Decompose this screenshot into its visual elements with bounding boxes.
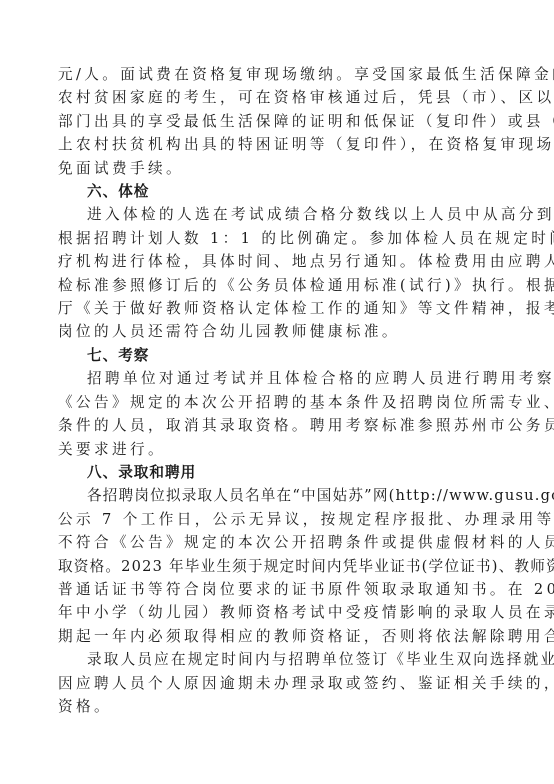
text-line: 取资格。2023 年毕业生须于规定时间内凭毕业证书(学位证书)、教师资格证、 [58, 555, 494, 578]
text-line: 根据招聘计划人数 1：1 的比例确定。参加体检人员在规定时间内到指定的医 [58, 227, 494, 250]
section-heading-inspection: 七、考察 [58, 344, 494, 367]
text-line-with-link: 各招聘岗位拟录取人员名单在“中国姑苏”网(http://www.gusu.gov… [58, 484, 494, 507]
text-line: 招聘单位对通过考试并且体检合格的应聘人员进行聘用考察。对不符合 [58, 367, 494, 390]
paragraph-inspection: 招聘单位对通过考试并且体检合格的应聘人员进行聘用考察。对不符合 《公告》规定的本… [58, 367, 494, 461]
text-line: 不符合《公告》规定的本次公开招聘条件或提供虚假材料的人员，取消其录 [58, 531, 494, 554]
text-line: 年中小学（幼儿园）教师资格考试中受疫情影响的录取人员在录用后自试用 [58, 601, 494, 624]
text-line: 进入体检的人选在考试成绩合格分数线以上人员中从高分到低分的顺序 [58, 203, 494, 226]
text-line: 期起一年内必须取得相应的教师资格证，否则将依法解除聘用合同。 [58, 625, 494, 648]
text-line: 公示 7 个工作日，公示无异议，按规定程序报批、办理录用等相关手续。对 [58, 508, 494, 531]
paragraph-interview-fee: 元/人。面试费在资格复审现场缴纳。享受国家最低生活保障金的城镇家庭和 农村贫困家… [58, 63, 494, 180]
text-line: 《公告》规定的本次公开招聘的基本条件及招聘岗位所需专业、技能等资格 [58, 391, 494, 414]
text-line: 厅《关于做好教师资格认定体检工作的通知》等文件精神，报考幼儿园教师 [58, 297, 494, 320]
text-line: 检标准参照修订后的《公务员体检通用标准(试行)》执行。根据江苏省教育 [58, 274, 494, 297]
text-line: 条件的人员，取消其录取资格。聘用考察标准参照苏州市公务员招录考察相 [58, 414, 494, 437]
text-line: 关要求进行。 [58, 438, 494, 461]
paragraph-physical-exam: 进入体检的人选在考试成绩合格分数线以上人员中从高分到低分的顺序 根据招聘计划人数… [58, 203, 494, 343]
document-page: 元/人。面试费在资格复审现场缴纳。享受国家最低生活保障金的城镇家庭和 农村贫困家… [0, 0, 554, 784]
text-line: 元/人。面试费在资格复审现场缴纳。享受国家最低生活保障金的城镇家庭和 [58, 63, 494, 86]
text-line: 岗位的人员还需符合幼儿园教师健康标准。 [58, 320, 494, 343]
section-heading-admission: 八、录取和聘用 [58, 461, 494, 484]
section-heading-physical-exam: 六、体检 [58, 180, 494, 203]
text-line: 上农村扶贫机构出具的特困证明等（复印件），在资格复审现场直接办理减 [58, 133, 494, 156]
text-line: 普通话证书等符合岗位要求的证书原件领取录取通知书。在 2021 年及 2022 [58, 578, 494, 601]
text-line: 因应聘人员个人原因逾期未办理录取或签约、鉴证相关手续的，取消其录取 [58, 672, 494, 695]
text-line: 录取人员应在规定时间内与招聘单位签订《毕业生双向选择就业协议书》。 [58, 648, 494, 671]
paragraph-admission: 各招聘岗位拟录取人员名单在“中国姑苏”网(http://www.gusu.gov… [58, 484, 494, 648]
text-line: 资格。 [58, 695, 494, 718]
text-line: 部门出具的享受最低生活保障的证明和低保证（复印件）或县（市）、区以 [58, 110, 494, 133]
text-line: 疗机构进行体检，具体时间、地点另行通知。体检费用由应聘人员自理。体 [58, 250, 494, 273]
paragraph-agreement: 录取人员应在规定时间内与招聘单位签订《毕业生双向选择就业协议书》。 因应聘人员个… [58, 648, 494, 718]
text-line: 农村贫困家庭的考生，可在资格审核通过后，凭县（市）、区以上政府民政 [58, 86, 494, 109]
text-line: 免面试费手续。 [58, 157, 494, 180]
document-body: 元/人。面试费在资格复审现场缴纳。享受国家最低生活保障金的城镇家庭和 农村贫困家… [58, 63, 494, 718]
